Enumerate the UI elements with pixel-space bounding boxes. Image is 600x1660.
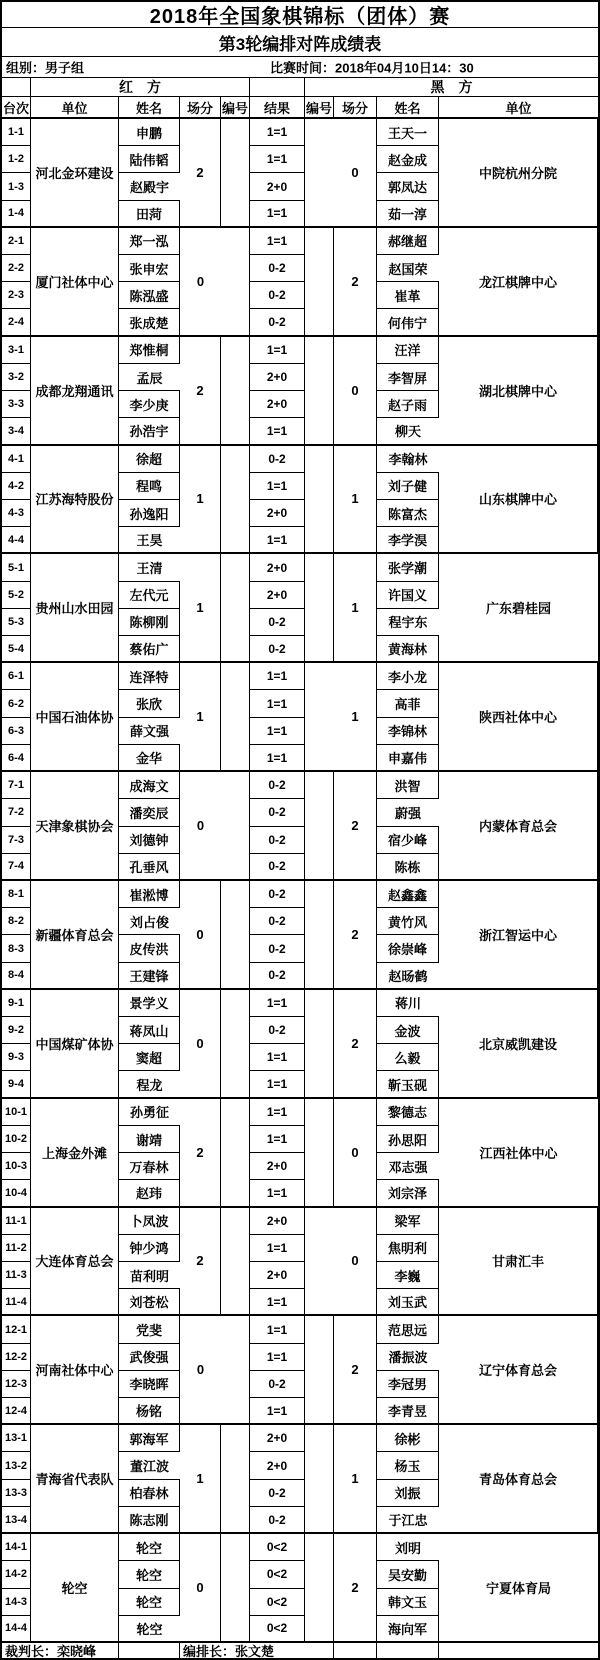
red-unit-cell: 新疆体育总会 (31, 881, 119, 990)
red-player-cell: 程鸣 (119, 473, 180, 500)
col-black-score: 场分 (334, 97, 377, 117)
red-player-cell: 钟少鸿 (119, 1235, 180, 1262)
red-seed-cell (221, 337, 250, 446)
result-cell: 0-2 (250, 935, 305, 962)
board-cell: 9-2 (2, 1017, 31, 1044)
side-spacer-left (2, 78, 31, 96)
black-player-cell: 李学淏 (377, 527, 439, 554)
red-player-cell: 王建锋 (119, 963, 180, 990)
red-unit-cell: 江苏海特股份 (31, 446, 119, 555)
black-unit-cell: 青岛体育总会 (439, 1425, 598, 1534)
board-cell: 1-4 (2, 201, 31, 228)
result-cell: 1=1 (250, 337, 305, 364)
black-seed-cell (305, 1099, 334, 1208)
black-team-score-cell: 1 (334, 663, 377, 772)
col-red-unit: 单位 (31, 97, 119, 117)
match-time-label: 比赛时间：2018年04月10日14：30 (270, 58, 474, 77)
result-cell: 1=1 (250, 146, 305, 173)
result-cell: 0-2 (250, 827, 305, 854)
red-player-cell: 金华 (119, 745, 180, 772)
red-unit-cell: 成都龙翔通讯 (31, 337, 119, 446)
red-player-cell: 连泽特 (119, 663, 180, 690)
black-seed-cell (305, 446, 334, 555)
red-seed-cell (221, 1316, 250, 1425)
red-player-cell: 柏春林 (119, 1480, 180, 1507)
black-unit-cell: 湖北棋牌中心 (439, 337, 598, 446)
black-unit-cell: 陕西社体中心 (439, 663, 598, 772)
red-unit-cell: 厦门社体中心 (31, 228, 119, 337)
red-player-cell: 李少庚 (119, 391, 180, 418)
red-player-cell: 薛文强 (119, 718, 180, 745)
red-player-cell: 张欣 (119, 690, 180, 717)
col-board: 台次 (2, 97, 31, 117)
board-cell: 5-3 (2, 609, 31, 636)
black-player-cell: 李冠男 (377, 1371, 439, 1398)
board-cell: 11-4 (2, 1289, 31, 1316)
black-team-score-cell: 0 (334, 1208, 377, 1317)
result-cell: 1=1 (250, 1316, 305, 1343)
black-team-score-cell: 1 (334, 554, 377, 663)
red-player-cell: 党斐 (119, 1316, 180, 1343)
board-cell: 10-1 (2, 1099, 31, 1126)
red-unit-cell: 上海金外滩 (31, 1099, 119, 1208)
red-seed-cell (221, 1534, 250, 1643)
board-cell: 3-1 (2, 337, 31, 364)
red-player-cell: 万春林 (119, 1153, 180, 1180)
black-team-score-cell: 0 (334, 119, 377, 228)
group-label: 组别：男子组 (6, 58, 84, 77)
board-cell: 14-1 (2, 1534, 31, 1561)
black-player-cell: 李小龙 (377, 663, 439, 690)
red-team-score-cell: 1 (180, 554, 221, 663)
board-cell: 6-1 (2, 663, 31, 690)
result-cell: 0<2 (250, 1616, 305, 1643)
page-title: 2018年全国象棋锦标（团体）赛 (2, 2, 598, 28)
footer-spacer-1 (119, 1643, 180, 1658)
red-seed-cell (221, 1208, 250, 1317)
result-cell: 1=1 (250, 1044, 305, 1071)
red-unit-cell: 青海省代表队 (31, 1425, 119, 1534)
red-team-score-cell: 0 (180, 1316, 221, 1425)
chief-arranger-label: 编排长：张文楚 (180, 1643, 334, 1658)
red-player-cell: 孔垂风 (119, 854, 180, 881)
result-cell: 0-2 (250, 282, 305, 309)
board-cell: 7-1 (2, 772, 31, 799)
red-seed-cell (221, 446, 250, 555)
black-player-cell: 孙思阳 (377, 1126, 439, 1153)
result-cell: 1=1 (250, 418, 305, 445)
black-player-cell: 李巍 (377, 1262, 439, 1289)
col-red-seed: 编号 (221, 97, 250, 117)
red-player-cell: 轮空 (119, 1561, 180, 1588)
tournament-result-sheet: 2018年全国象棋锦标（团体）赛 第3轮编排对阵成绩表 组别：男子组 比赛时间：… (0, 0, 600, 1660)
board-cell: 2-2 (2, 255, 31, 282)
black-team-score-cell: 2 (334, 881, 377, 990)
black-team-score-cell: 2 (334, 1534, 377, 1643)
black-player-cell: 张学潮 (377, 554, 439, 581)
result-cell: 1=1 (250, 1398, 305, 1425)
result-cell: 2+0 (250, 1452, 305, 1479)
black-player-cell: 陈富杰 (377, 500, 439, 527)
result-cell: 1=1 (250, 1344, 305, 1371)
red-team-score-cell: 2 (180, 1099, 221, 1208)
col-red-score: 场分 (180, 97, 221, 117)
black-player-cell: 崔革 (377, 282, 439, 309)
black-seed-cell (305, 337, 334, 446)
red-unit-cell: 中国煤矿体协 (31, 990, 119, 1099)
board-cell: 11-3 (2, 1262, 31, 1289)
black-player-cell: 汪洋 (377, 337, 439, 364)
black-team-score-cell: 1 (334, 1425, 377, 1534)
red-player-cell: 赵殿宇 (119, 173, 180, 200)
red-team-score-cell: 0 (180, 772, 221, 881)
result-cell: 2+0 (250, 1208, 305, 1235)
red-player-cell: 申鹏 (119, 119, 180, 146)
red-seed-cell (221, 772, 250, 881)
black-player-cell: 赵国荣 (377, 255, 439, 282)
black-unit-cell: 江西社体中心 (439, 1099, 598, 1208)
red-seed-cell (221, 119, 250, 228)
black-side-header: 黑 方 (305, 78, 598, 96)
red-player-cell: 李晓晖 (119, 1371, 180, 1398)
black-player-cell: 陈栋 (377, 854, 439, 881)
red-player-cell: 轮空 (119, 1616, 180, 1643)
black-unit-cell: 浙江智运中心 (439, 881, 598, 990)
black-player-cell: 刘玉武 (377, 1289, 439, 1316)
result-cell: 1=1 (250, 473, 305, 500)
black-player-cell: 申嘉伟 (377, 745, 439, 772)
red-player-cell: 潘奕辰 (119, 799, 180, 826)
red-player-cell: 孙浩宇 (119, 418, 180, 445)
black-team-score-cell: 1 (334, 446, 377, 555)
red-seed-cell (221, 1425, 250, 1534)
result-cell: 0-2 (250, 255, 305, 282)
board-cell: 4-1 (2, 446, 31, 473)
board-cell: 8-1 (2, 881, 31, 908)
black-player-cell: 黄海林 (377, 636, 439, 663)
board-cell: 7-3 (2, 827, 31, 854)
black-unit-cell: 中院杭州分院 (439, 119, 598, 228)
result-cell: 0-2 (250, 854, 305, 881)
black-player-cell: 范思远 (377, 1316, 439, 1343)
result-cell: 1=1 (250, 527, 305, 554)
info-row: 组别：男子组 比赛时间：2018年04月10日14：30 (2, 57, 598, 78)
result-cell: 0-2 (250, 636, 305, 663)
board-cell: 14-3 (2, 1589, 31, 1616)
black-unit-cell: 山东棋牌中心 (439, 446, 598, 555)
black-unit-cell: 辽宁体育总会 (439, 1316, 598, 1425)
board-cell: 11-2 (2, 1235, 31, 1262)
result-cell: 0-2 (250, 1371, 305, 1398)
black-player-cell: 赵旸鹤 (377, 963, 439, 990)
black-player-cell: 许国义 (377, 582, 439, 609)
footer-spacer-3 (377, 1643, 439, 1658)
result-cell: 1=1 (250, 990, 305, 1017)
red-player-cell: 孟辰 (119, 364, 180, 391)
board-cell: 2-4 (2, 309, 31, 336)
result-cell: 0-2 (250, 1507, 305, 1534)
red-seed-cell (221, 663, 250, 772)
red-team-score-cell: 0 (180, 1534, 221, 1643)
board-cell: 3-3 (2, 391, 31, 418)
black-player-cell: 赵金成 (377, 146, 439, 173)
black-seed-cell (305, 1534, 334, 1643)
board-cell: 6-3 (2, 718, 31, 745)
result-cell: 2+0 (250, 391, 305, 418)
col-red-name: 姓名 (119, 97, 180, 117)
black-player-cell: 刘振 (377, 1480, 439, 1507)
red-player-cell: 窦超 (119, 1044, 180, 1071)
red-player-cell: 陆伟韬 (119, 146, 180, 173)
red-team-score-cell: 0 (180, 990, 221, 1099)
black-player-cell: 赵子雨 (377, 391, 439, 418)
result-cell: 1=1 (250, 690, 305, 717)
red-seed-cell (221, 990, 250, 1099)
red-player-cell: 刘苍松 (119, 1289, 180, 1316)
side-header-row: 红 方 黑 方 (2, 78, 598, 97)
black-team-score-cell: 2 (334, 990, 377, 1099)
black-player-cell: 吴安勤 (377, 1561, 439, 1588)
board-cell: 8-4 (2, 963, 31, 990)
result-cell: 2+0 (250, 1262, 305, 1289)
board-cell: 7-2 (2, 799, 31, 826)
result-cell: 0-2 (250, 309, 305, 336)
red-player-cell: 董江波 (119, 1452, 180, 1479)
red-player-cell: 成海文 (119, 772, 180, 799)
red-player-cell: 田菏 (119, 201, 180, 228)
board-cell: 1-2 (2, 146, 31, 173)
black-player-cell: 么毅 (377, 1044, 439, 1071)
black-team-score-cell: 0 (334, 1099, 377, 1208)
result-cell: 1=1 (250, 1071, 305, 1098)
red-team-score-cell: 1 (180, 663, 221, 772)
red-player-cell: 苗利明 (119, 1262, 180, 1289)
black-player-cell: 宿少峰 (377, 827, 439, 854)
result-cell: 0<2 (250, 1534, 305, 1561)
red-seed-cell (221, 881, 250, 990)
chief-referee-label: 裁判长：栾晓峰 (2, 1643, 119, 1658)
black-player-cell: 韩文玉 (377, 1589, 439, 1616)
black-player-cell: 王天一 (377, 119, 439, 146)
board-cell: 2-1 (2, 228, 31, 255)
board-cell: 10-3 (2, 1153, 31, 1180)
round-subtitle: 第3轮编排对阵成绩表 (2, 28, 598, 57)
red-player-cell: 景学义 (119, 990, 180, 1017)
black-team-score-cell: 0 (334, 337, 377, 446)
board-cell: 5-4 (2, 636, 31, 663)
red-seed-cell (221, 228, 250, 337)
red-player-cell: 赵玮 (119, 1180, 180, 1207)
black-player-cell: 徐彬 (377, 1425, 439, 1452)
black-unit-cell: 内蒙体育总会 (439, 772, 598, 881)
black-unit-cell: 广东碧桂园 (439, 554, 598, 663)
board-cell: 3-2 (2, 364, 31, 391)
result-cell: 0-2 (250, 772, 305, 799)
black-seed-cell (305, 554, 334, 663)
result-cell: 1=1 (250, 718, 305, 745)
red-unit-cell: 贵州山水田园 (31, 554, 119, 663)
result-cell: 0-2 (250, 881, 305, 908)
red-team-score-cell: 2 (180, 119, 221, 228)
black-seed-cell (305, 990, 334, 1099)
black-player-cell: 蔚强 (377, 799, 439, 826)
red-team-score-cell: 0 (180, 881, 221, 990)
col-result: 结果 (250, 97, 305, 117)
red-player-cell: 杨铭 (119, 1398, 180, 1425)
result-cell: 2+0 (250, 582, 305, 609)
red-team-score-cell: 2 (180, 1208, 221, 1317)
black-seed-cell (305, 119, 334, 228)
red-team-score-cell: 1 (180, 1425, 221, 1534)
col-black-seed: 编号 (305, 97, 334, 117)
black-unit-cell: 龙江棋牌中心 (439, 228, 598, 337)
red-player-cell: 陈志刚 (119, 1507, 180, 1534)
board-cell: 5-1 (2, 554, 31, 581)
black-seed-cell (305, 228, 334, 337)
board-cell: 3-4 (2, 418, 31, 445)
result-cell: 2+0 (250, 1153, 305, 1180)
black-player-cell: 海向军 (377, 1616, 439, 1643)
red-player-cell: 郑一泓 (119, 228, 180, 255)
black-seed-cell (305, 1316, 334, 1425)
red-team-score-cell: 1 (180, 446, 221, 555)
board-cell: 4-3 (2, 500, 31, 527)
red-unit-cell: 河南社体中心 (31, 1316, 119, 1425)
black-player-cell: 李青昱 (377, 1398, 439, 1425)
black-seed-cell (305, 881, 334, 990)
result-cell: 1=1 (250, 1289, 305, 1316)
black-seed-cell (305, 663, 334, 772)
red-unit-cell: 中国石油体协 (31, 663, 119, 772)
side-spacer-mid (250, 78, 305, 96)
black-seed-cell (305, 772, 334, 881)
board-cell: 13-3 (2, 1480, 31, 1507)
red-unit-cell: 河北金环建设 (31, 119, 119, 228)
red-player-cell: 陈柳刚 (119, 609, 180, 636)
red-unit-cell: 天津象棋协会 (31, 772, 119, 881)
red-player-cell: 左代元 (119, 582, 180, 609)
board-cell: 4-2 (2, 473, 31, 500)
red-player-cell: 卜凤波 (119, 1208, 180, 1235)
board-cell: 14-4 (2, 1616, 31, 1643)
black-player-cell: 郭凤达 (377, 173, 439, 200)
board-cell: 10-4 (2, 1180, 31, 1207)
result-cell: 2+0 (250, 1425, 305, 1452)
red-player-cell: 刘德钟 (119, 827, 180, 854)
board-cell: 9-3 (2, 1044, 31, 1071)
result-cell: 2+0 (250, 500, 305, 527)
result-cell: 1=1 (250, 228, 305, 255)
board-cell: 2-3 (2, 282, 31, 309)
red-player-cell: 崔淞博 (119, 881, 180, 908)
result-cell: 2+0 (250, 173, 305, 200)
black-seed-cell (305, 1208, 334, 1317)
black-player-cell: 刘子健 (377, 473, 439, 500)
board-cell: 13-1 (2, 1425, 31, 1452)
red-player-cell: 孙勇征 (119, 1099, 180, 1126)
red-player-cell: 陈泓盛 (119, 282, 180, 309)
result-cell: 0-2 (250, 799, 305, 826)
board-cell: 7-4 (2, 854, 31, 881)
red-player-cell: 孙逸阳 (119, 500, 180, 527)
red-player-cell: 蒋凤山 (119, 1017, 180, 1044)
board-cell: 11-1 (2, 1208, 31, 1235)
black-player-cell: 洪智 (377, 772, 439, 799)
black-player-cell: 李锦林 (377, 718, 439, 745)
result-cell: 0-2 (250, 446, 305, 473)
board-cell: 13-2 (2, 1452, 31, 1479)
result-cell: 1=1 (250, 1180, 305, 1207)
red-side-header: 红 方 (31, 78, 250, 96)
board-cell: 9-1 (2, 990, 31, 1017)
result-cell: 0-2 (250, 908, 305, 935)
black-seed-cell (305, 1425, 334, 1534)
black-player-cell: 梁军 (377, 1208, 439, 1235)
result-cell: 0<2 (250, 1589, 305, 1616)
black-player-cell: 于江忠 (377, 1507, 439, 1534)
board-cell: 12-4 (2, 1398, 31, 1425)
black-player-cell: 程宇东 (377, 609, 439, 636)
footer-spacer-4 (439, 1643, 598, 1658)
black-player-cell: 刘宗泽 (377, 1180, 439, 1207)
red-player-cell: 王清 (119, 554, 180, 581)
black-player-cell: 靳玉砚 (377, 1071, 439, 1098)
red-player-cell: 徐超 (119, 446, 180, 473)
pairing-table: 1-1申鹏1=1王天一1-2陆伟韬1=1赵金成1-3赵殿宇2+0郭凤达1-4田菏… (2, 119, 598, 1643)
result-cell: 0-2 (250, 609, 305, 636)
red-unit-cell: 大连体育总会 (31, 1208, 119, 1317)
black-player-cell: 李翰林 (377, 446, 439, 473)
black-player-cell: 赵鑫鑫 (377, 881, 439, 908)
result-cell: 1=1 (250, 1099, 305, 1126)
footer-spacer-2 (334, 1643, 377, 1658)
col-black-unit: 单位 (439, 97, 598, 117)
board-cell: 5-2 (2, 582, 31, 609)
column-header-row: 台次 单位 姓名 场分 编号 结果 编号 场分 姓名 单位 (2, 97, 598, 119)
black-player-cell: 蒋川 (377, 990, 439, 1017)
red-player-cell: 蔡佑广 (119, 636, 180, 663)
board-cell: 1-1 (2, 119, 31, 146)
red-player-cell: 王昊 (119, 527, 180, 554)
red-seed-cell (221, 1099, 250, 1208)
board-cell: 6-2 (2, 690, 31, 717)
red-seed-cell (221, 554, 250, 663)
black-player-cell: 李智屏 (377, 364, 439, 391)
result-cell: 1=1 (250, 663, 305, 690)
red-player-cell: 武俊强 (119, 1344, 180, 1371)
board-cell: 12-2 (2, 1344, 31, 1371)
red-player-cell: 郭海军 (119, 1425, 180, 1452)
black-player-cell: 柳天 (377, 418, 439, 445)
red-team-score-cell: 0 (180, 228, 221, 337)
board-cell: 4-4 (2, 527, 31, 554)
black-team-score-cell: 2 (334, 772, 377, 881)
result-cell: 0-2 (250, 1017, 305, 1044)
board-cell: 8-3 (2, 935, 31, 962)
result-cell: 2+0 (250, 364, 305, 391)
black-player-cell: 邓志强 (377, 1153, 439, 1180)
red-player-cell: 谢靖 (119, 1126, 180, 1153)
col-black-name: 姓名 (377, 97, 439, 117)
result-cell: 0-2 (250, 1480, 305, 1507)
board-cell: 9-4 (2, 1071, 31, 1098)
black-player-cell: 金波 (377, 1017, 439, 1044)
black-player-cell: 何伟宁 (377, 309, 439, 336)
black-team-score-cell: 2 (334, 228, 377, 337)
black-team-score-cell: 2 (334, 1316, 377, 1425)
red-player-cell: 皮传洪 (119, 935, 180, 962)
red-player-cell: 轮空 (119, 1589, 180, 1616)
